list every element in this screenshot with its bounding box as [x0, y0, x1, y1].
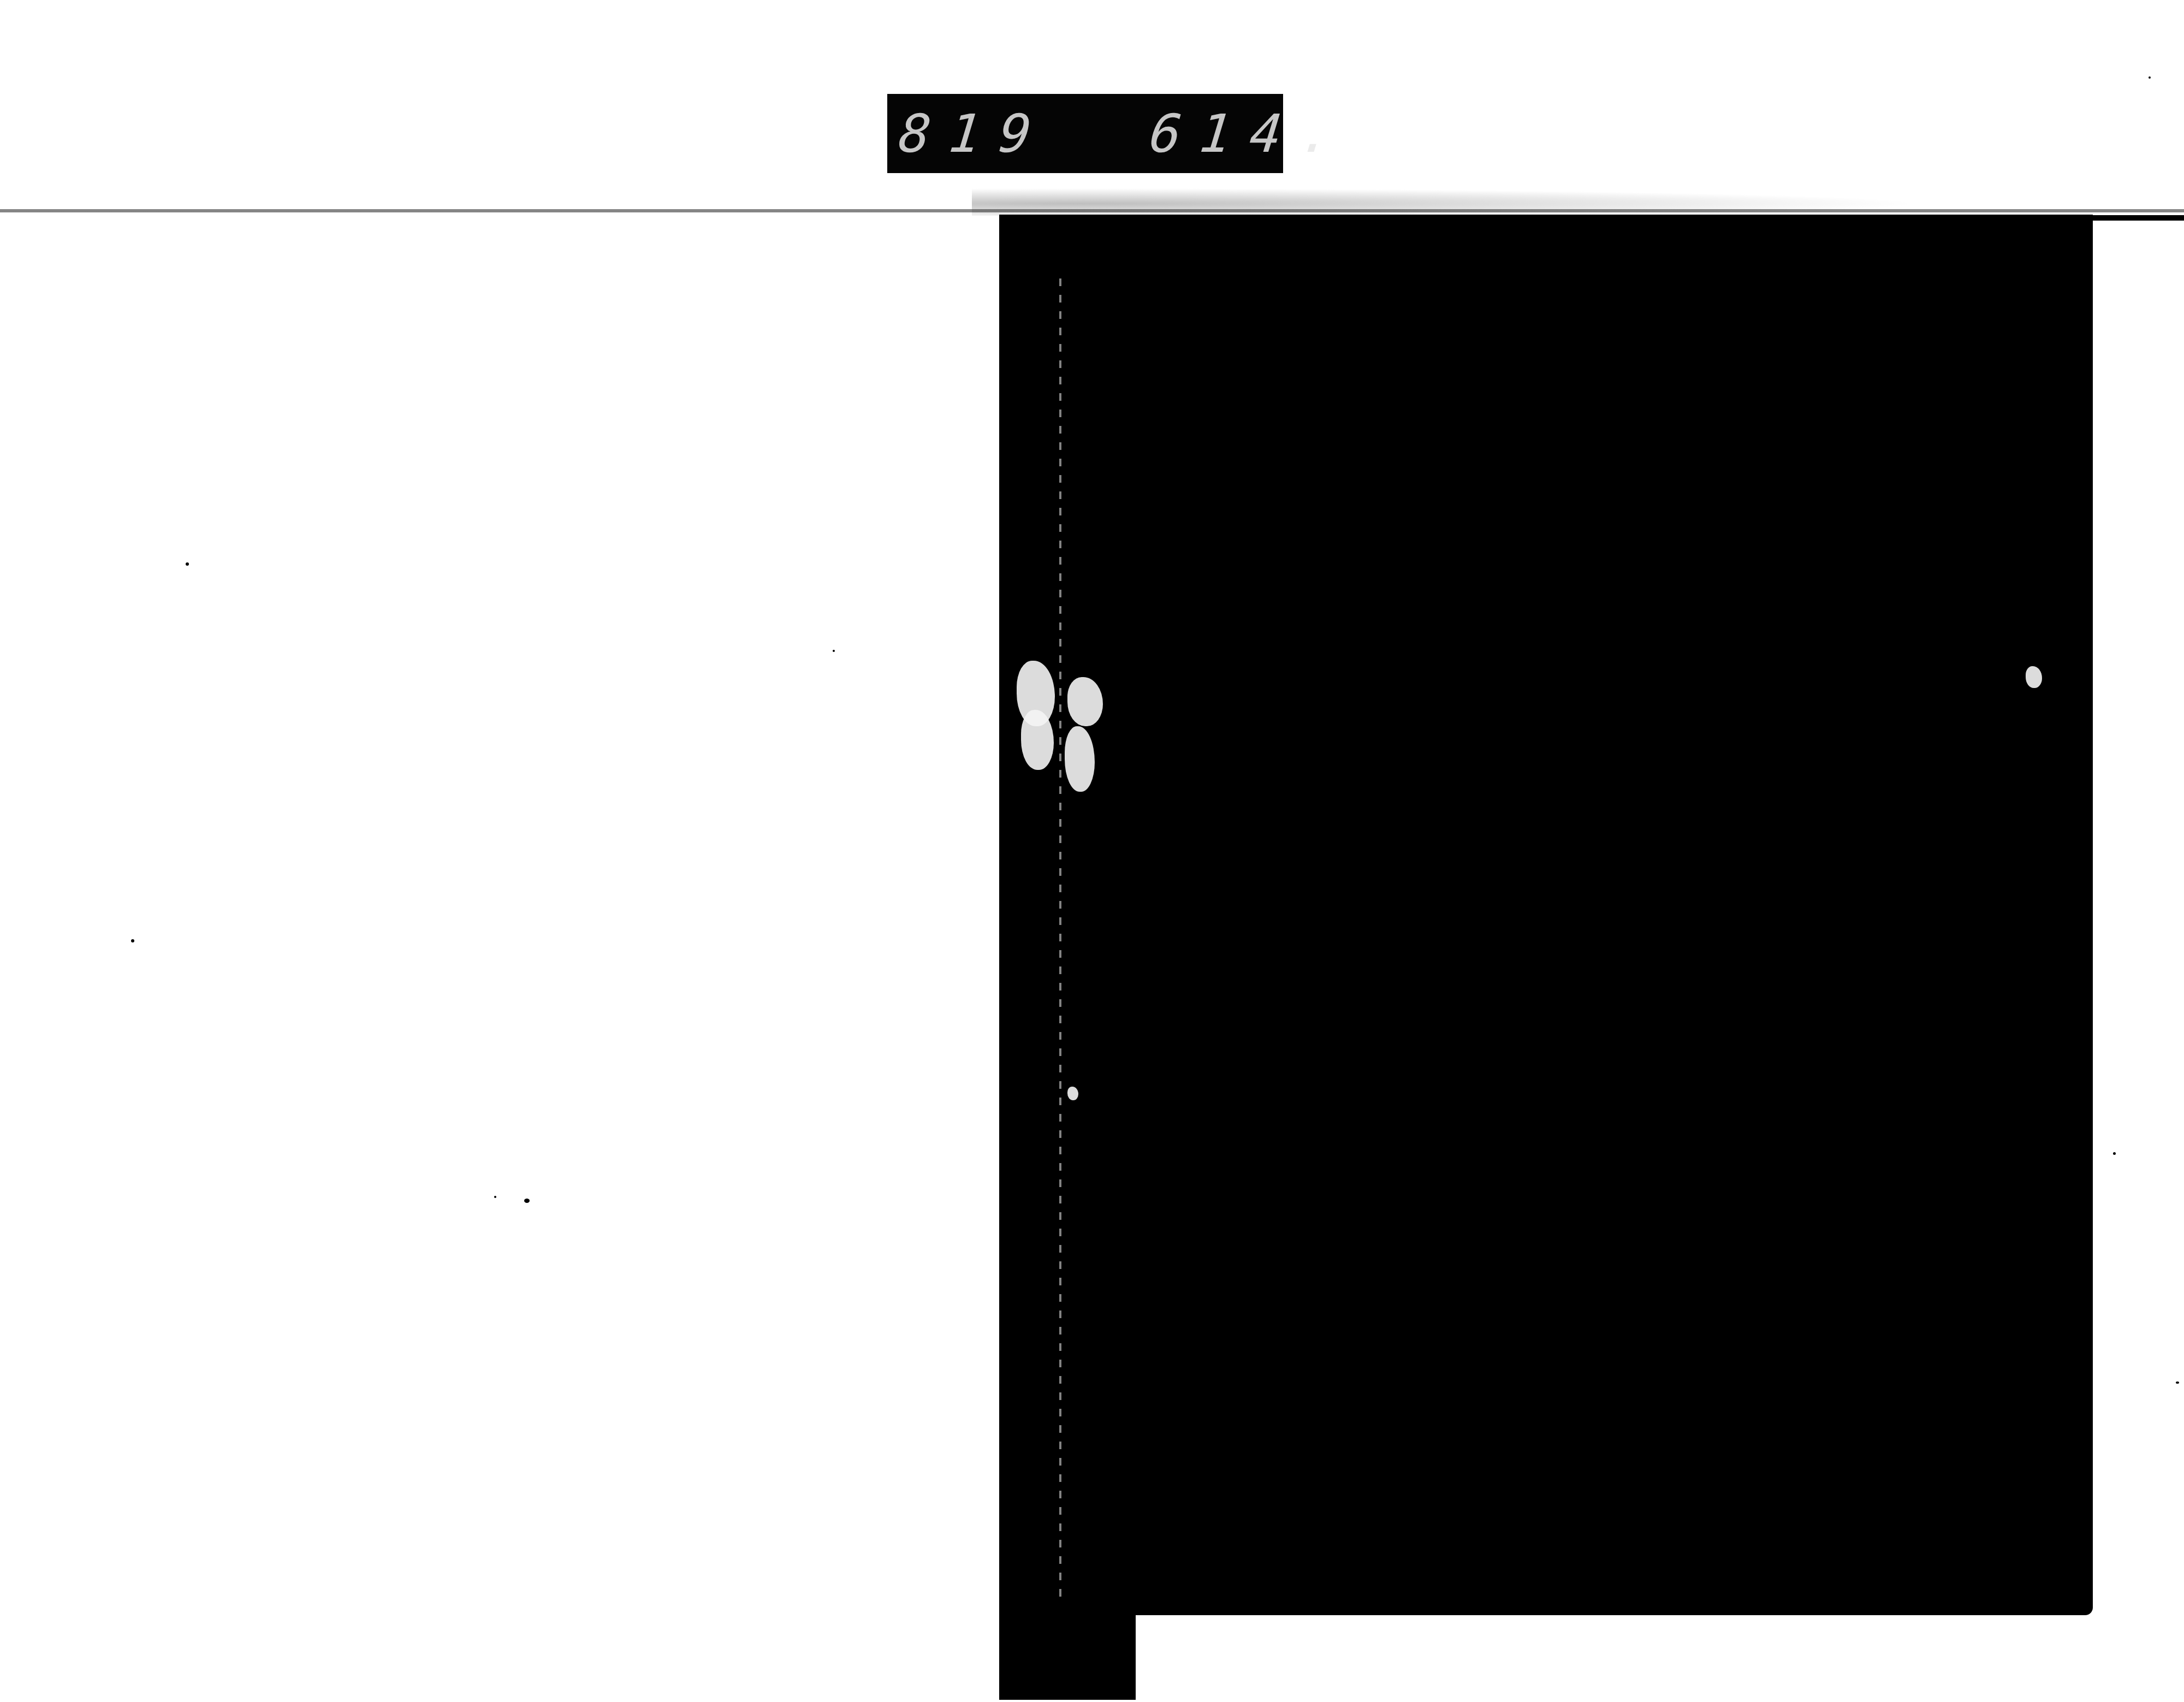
film-edge-line — [0, 207, 2184, 215]
scan-speckle — [2113, 1152, 2116, 1155]
scan-speckle — [131, 939, 134, 942]
scan-speckle — [833, 650, 835, 652]
scan-speckle — [2176, 1381, 2179, 1384]
scan-speckle — [524, 1199, 530, 1203]
book-spine-line — [1059, 278, 1061, 1605]
book-cover — [999, 215, 2093, 1615]
book-spine-tab — [999, 1615, 1136, 1700]
cover-wear-mark — [2026, 666, 2042, 688]
frame-counter-text: 819 614. — [896, 103, 1354, 164]
cover-wear-mark — [1067, 1087, 1078, 1100]
scan-speckle — [2149, 76, 2151, 79]
frame-counter: 819 614. — [887, 94, 1283, 173]
film-edge-line-right — [2086, 215, 2184, 221]
scan-speckle — [186, 562, 189, 566]
scan-speckle — [494, 1196, 496, 1198]
